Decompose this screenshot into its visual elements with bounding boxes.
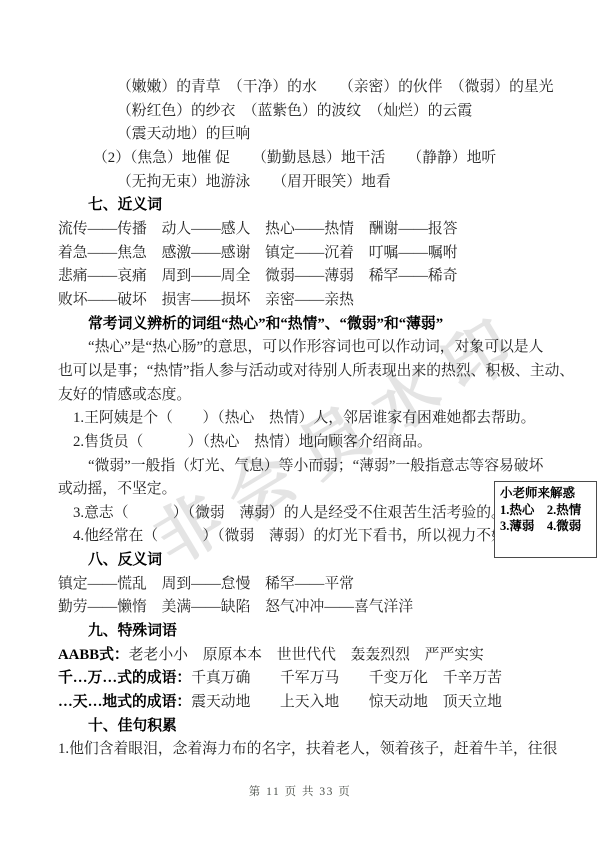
- qianwan-label: 千…万…式的成语：: [58, 670, 191, 686]
- analysis-para2-line1: “微弱”一般指（灯光、气息）等小而弱；“薄弱”一般指意志等容易破坏: [88, 455, 554, 479]
- fill-blank-line-1: （嫩嫩）的青草 （干净）的水 （亲密）的伙伴 （微弱）的星光: [117, 76, 554, 100]
- analysis-para1-line3: 友好的情感或态度。: [58, 384, 554, 408]
- section-heading-sentences: 十、佳句积累: [88, 715, 554, 739]
- fill-blank-item-2: （2）（焦急）地催 促 （勤勤恳恳）地干活 （静静）地听: [93, 147, 554, 171]
- page-content: （嫩嫩）的青草 （干净）的水 （亲密）的伙伴 （微弱）的星光 （粉红色）的纱衣 …: [58, 76, 554, 762]
- analysis-para1-line2: 也可以是事；“热情”指人参与活动或对待别人所表现出来的热烈、积极、主动、: [58, 360, 554, 384]
- synonym-row-2: 着急——焦急 感激——感谢 镇定——沉着 叮嘱——嘱咐: [58, 242, 554, 266]
- page-number-footer: 第 11 页 共 33 页: [0, 783, 600, 799]
- exercise-item-2: 2.售货员（ ）（热心 热情）地向顾客介绍商品。: [73, 431, 554, 455]
- synonym-row-3: 悲痛——哀痛 周到——周全 微弱——薄弱 稀罕——稀奇: [58, 265, 554, 289]
- qianwan-words: 千真万确 千军万马 千变万化 千辛万苦: [191, 670, 502, 686]
- aabb-label: AABB式：: [58, 647, 129, 663]
- exercise-item-4: 4.他经常在（ ）（微弱 薄弱）的灯光下看书，所以视力不好。: [73, 525, 554, 549]
- tiandi-label: …天…地式的成语：: [58, 694, 191, 710]
- aabb-words: 老老小小 原原本本 世世代代 轰轰烈烈 严严实实: [129, 647, 484, 663]
- analysis-heading: 常考词义辨析的词组“热心”和“热情”、“微弱”和“薄弱”: [88, 313, 554, 337]
- synonym-row-1: 流传——传播 动人——感人 热心——热情 酬谢——报答: [58, 218, 554, 242]
- exercise-item-3: 3.意志（ ）（微弱 薄弱）的人是经受不住艰苦生活考验的。: [73, 502, 554, 526]
- section-heading-synonyms: 七、近义词: [88, 194, 554, 218]
- analysis-para2-line2: 或动摇，不坚定。: [58, 478, 554, 502]
- sentence-item-1: 1.他们含着眼泪，念着海力布的名字，扶着老人，领着孩子，赶着牛羊，往很: [58, 738, 554, 762]
- fill-blank-line-3: （震天动地）的巨响: [117, 123, 554, 147]
- antonym-row-2: 勤劳——懒惰 美满——缺陷 怒气冲冲——喜气洋洋: [58, 596, 554, 620]
- fill-blank-line-2: （粉红色）的纱衣 （蓝紫色）的波纹 （灿烂）的云霞: [117, 100, 554, 124]
- section-heading-antonyms: 八、反义词: [88, 549, 554, 573]
- section-heading-special-words: 九、特殊词语: [88, 620, 554, 644]
- fill-blank-item-2-cont: （无拘无束）地游泳 （眉开眼笑）地看: [117, 171, 554, 195]
- synonym-row-4: 败坏——破坏 损害——损坏 亲密——亲热: [58, 289, 554, 313]
- answer-box-row-2: 3.薄弱 4.微弱: [500, 518, 596, 535]
- special-words-aabb-row: AABB式：老老小小 原原本本 世世代代 轰轰烈烈 严严实实: [58, 644, 554, 668]
- special-words-qianwan-row: 千…万…式的成语：千真万确 千军万马 千变万化 千辛万苦: [58, 667, 554, 691]
- answer-box-title: 小老师来解惑: [500, 485, 596, 502]
- tiandi-words: 震天动地 上天入地 惊天动地 顶天立地: [191, 694, 502, 710]
- antonym-row-1: 镇定——慌乱 周到——怠慢 稀罕——平常: [58, 573, 554, 597]
- answer-box: 小老师来解惑 1.热心 2.热情 3.薄弱 4.微弱: [494, 481, 597, 558]
- special-words-tiandi-row: …天…地式的成语：震天动地 上天入地 惊天动地 顶天立地: [58, 691, 554, 715]
- document-page: 非会员水印 （嫩嫩）的青草 （干净）的水 （亲密）的伙伴 （微弱）的星光 （粉红…: [0, 0, 600, 848]
- answer-box-row-1: 1.热心 2.热情: [500, 502, 596, 519]
- exercise-item-1: 1.王阿姨是个（ ）（热心 热情）人，邻居谁家有困难她都去帮助。: [73, 407, 554, 431]
- analysis-para1-line1: “热心”是“热心肠”的意思，可以作形容词也可以作动词，对象可以是人: [88, 336, 554, 360]
